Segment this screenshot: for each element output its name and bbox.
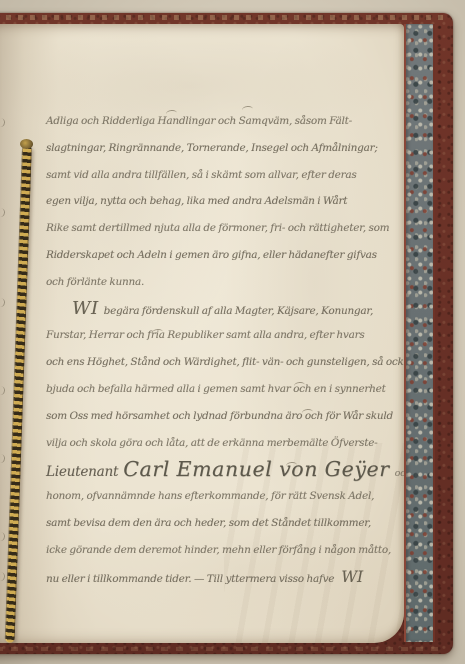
facing-page-text-fragment [0,453,6,463]
interline-ink-mark [166,109,178,117]
manuscript-line-14-name: LieutenantCarl Emanuel von Geÿeroch efte… [46,456,402,483]
manuscript-line-4: egen vilja, nytta och behag, lika med an… [46,188,402,215]
interline-ink-mark [302,408,314,416]
manuscript-line-7: och förlänte kunna. [46,269,402,296]
facing-page-text-fragment [0,531,6,541]
manuscript-page: Adliga och Ridderliga Handlingar och Sam… [0,24,404,643]
manuscript-line-15: honom, ofvannämnde hans efterkommande, f… [46,483,402,510]
facing-page-text-fragment [0,297,6,307]
facing-page-text-fragment [0,385,6,395]
line-8-text: begära fördenskull af alla Magter, Käjsa… [104,305,373,317]
interline-ink-mark [242,105,254,113]
line-18-text: nu eller i tillkommande tider. — Till yt… [46,573,334,585]
manuscript-line-12: som Oss med hörsamhet och lydnad förbund… [46,403,402,430]
manuscript-line-6: Ridderskapet och Adeln i gemen äro gifna… [46,242,402,269]
manuscript-line-13: vilja och skola göra och låta, att de er… [46,430,402,457]
facing-page-text-fragment [0,571,6,581]
decorated-initial-wi: WI [72,298,99,319]
interline-ink-mark [152,328,164,336]
manuscript-line-1: Adliga och Ridderliga Handlingar och Sam… [46,108,402,135]
manuscript-line-3: samt vid alla andra tillfällen, så i skä… [46,162,402,189]
manuscript-line-16: samt bevisa dem den ära och heder, som d… [46,510,402,537]
manuscript-line-8: WIbegära fördenskull af alla Magter, Käj… [46,296,402,323]
manuscript-line-9: Furstar, Herrar och fria Republiker samt… [46,322,402,349]
marbled-edge-band [404,24,435,642]
facing-page-text-fragment [0,207,6,217]
manuscript-line-5: Rike samt dertillmed njuta alla de förmo… [46,215,402,242]
manuscript-line-17: icke görande dem deremot hinder, mehn el… [46,537,402,564]
interline-ink-mark [294,381,306,389]
manuscript-line-11: bjuda och befalla härmed alla i gemen sa… [46,376,402,403]
name-suffix: och efter [395,468,404,479]
photo-of-open-book: Adliga och Ridderliga Handlingar och Sam… [0,0,465,664]
manuscript-text: Adliga och Ridderliga Handlingar och Sam… [46,108,402,590]
manuscript-line-2: slagtningar, Ringrännande, Tornerande, I… [46,135,402,162]
manuscript-line-10: och ens Höghet, Stånd och Wärdighet, fli… [46,349,402,376]
nobleman-name: Carl Emanuel von Geÿer [123,457,389,481]
name-prefix: Lieutenant [46,464,118,480]
flourished-wi: WI [341,568,363,586]
interline-ink-mark [286,461,298,469]
manuscript-line-18: nu eller i tillkommande tider. — Till yt… [46,564,402,591]
facing-page-text-fragment [0,117,6,127]
